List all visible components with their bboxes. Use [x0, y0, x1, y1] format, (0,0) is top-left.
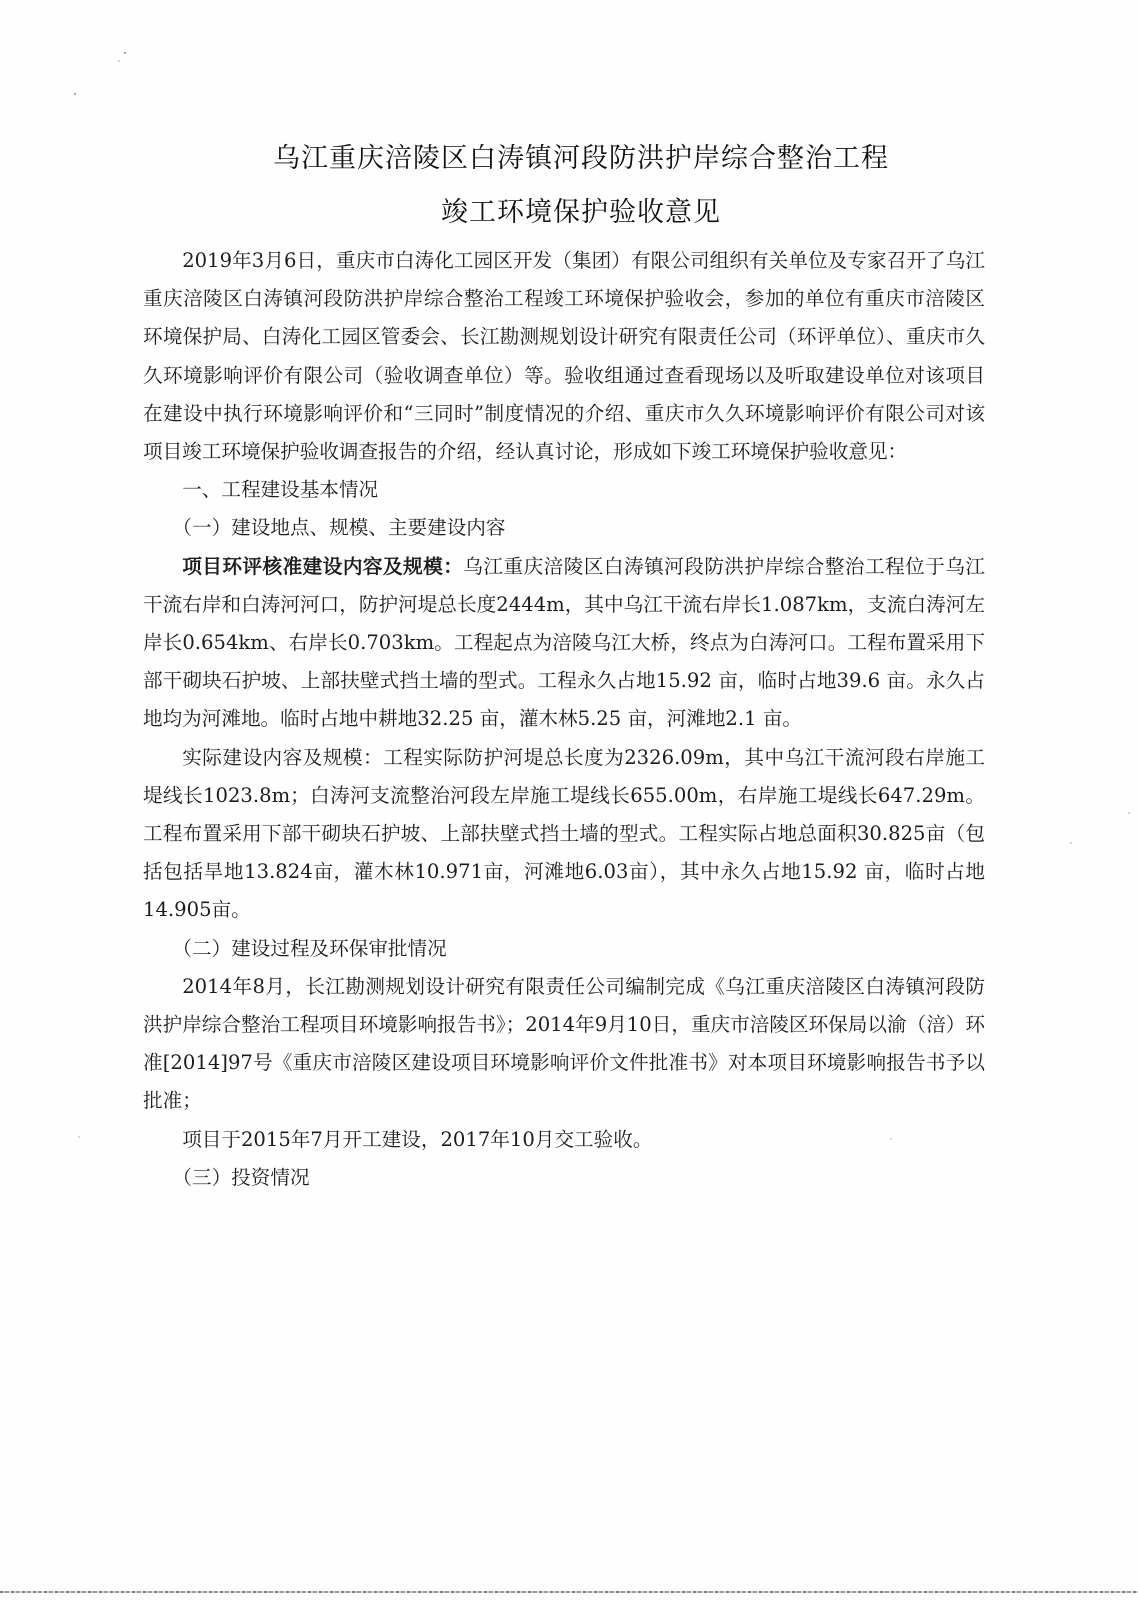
section-heading-1: 一、工程建设基本情况 [143, 471, 985, 509]
approved-scope-paragraph: 项目环评核准建设内容及规模：乌江重庆涪陵区白涛镇河段防洪护岸综合整治工程位于乌江… [143, 548, 985, 739]
subsection-heading-1: （一）建设地点、规模、主要建设内容 [143, 509, 985, 547]
scan-speck [1128, 812, 1130, 814]
construction-dates-paragraph: 项目于2015年7月开工建设，2017年10月交工验收。 [143, 1121, 985, 1159]
actual-scope-paragraph: 实际建设内容及规模：工程实际防护河堤总长度为2326.09m，其中乌江干流河段右… [143, 739, 985, 930]
document-title-line2: 竣工环境保护验收意见 [12, 190, 1138, 229]
scan-speck [78, 1136, 80, 1138]
scan-speck [1070, 842, 1072, 844]
document-page: 乌江重庆涪陵区白涛镇河段防洪护岸综合整治工程 竣工环境保护验收意见 2019年3… [0, 0, 1138, 1600]
approval-paragraph: 2014年8月，长江勘测规划设计研究有限责任公司编制完成《乌江重庆涪陵区白涛镇河… [143, 968, 985, 1121]
subsection-heading-2: （二）建设过程及环保审批情况 [143, 930, 985, 968]
approved-scope-text: 乌江重庆涪陵区白涛镇河段防洪护岸综合整治工程位于乌江干流右岸和白涛河河口，防护河… [143, 555, 985, 731]
actual-scope-lead: 实际建设内容及规模： [182, 746, 383, 769]
scan-speck [118, 60, 120, 62]
scan-speck [124, 52, 126, 54]
scan-speck [890, 1138, 892, 1140]
document-body: 2019年3月6日，重庆市白涛化工园区开发（集团）有限公司组织有关单位及专家召开… [143, 242, 985, 1197]
intro-paragraph: 2019年3月6日，重庆市白涛化工园区开发（集团）有限公司组织有关单位及专家召开… [143, 242, 985, 471]
scan-bottom-edge [0, 1591, 1138, 1593]
approved-scope-lead: 项目环评核准建设内容及规模： [182, 555, 463, 578]
scan-speck [74, 93, 76, 95]
subsection-heading-3: （三）投资情况 [143, 1159, 985, 1197]
document-title-line1: 乌江重庆涪陵区白涛镇河段防洪护岸综合整治工程 [12, 136, 1138, 175]
actual-scope-text: 工程实际防护河堤总长度为2326.09m，其中乌江干流河段右岸施工堤线长1023… [143, 746, 985, 922]
